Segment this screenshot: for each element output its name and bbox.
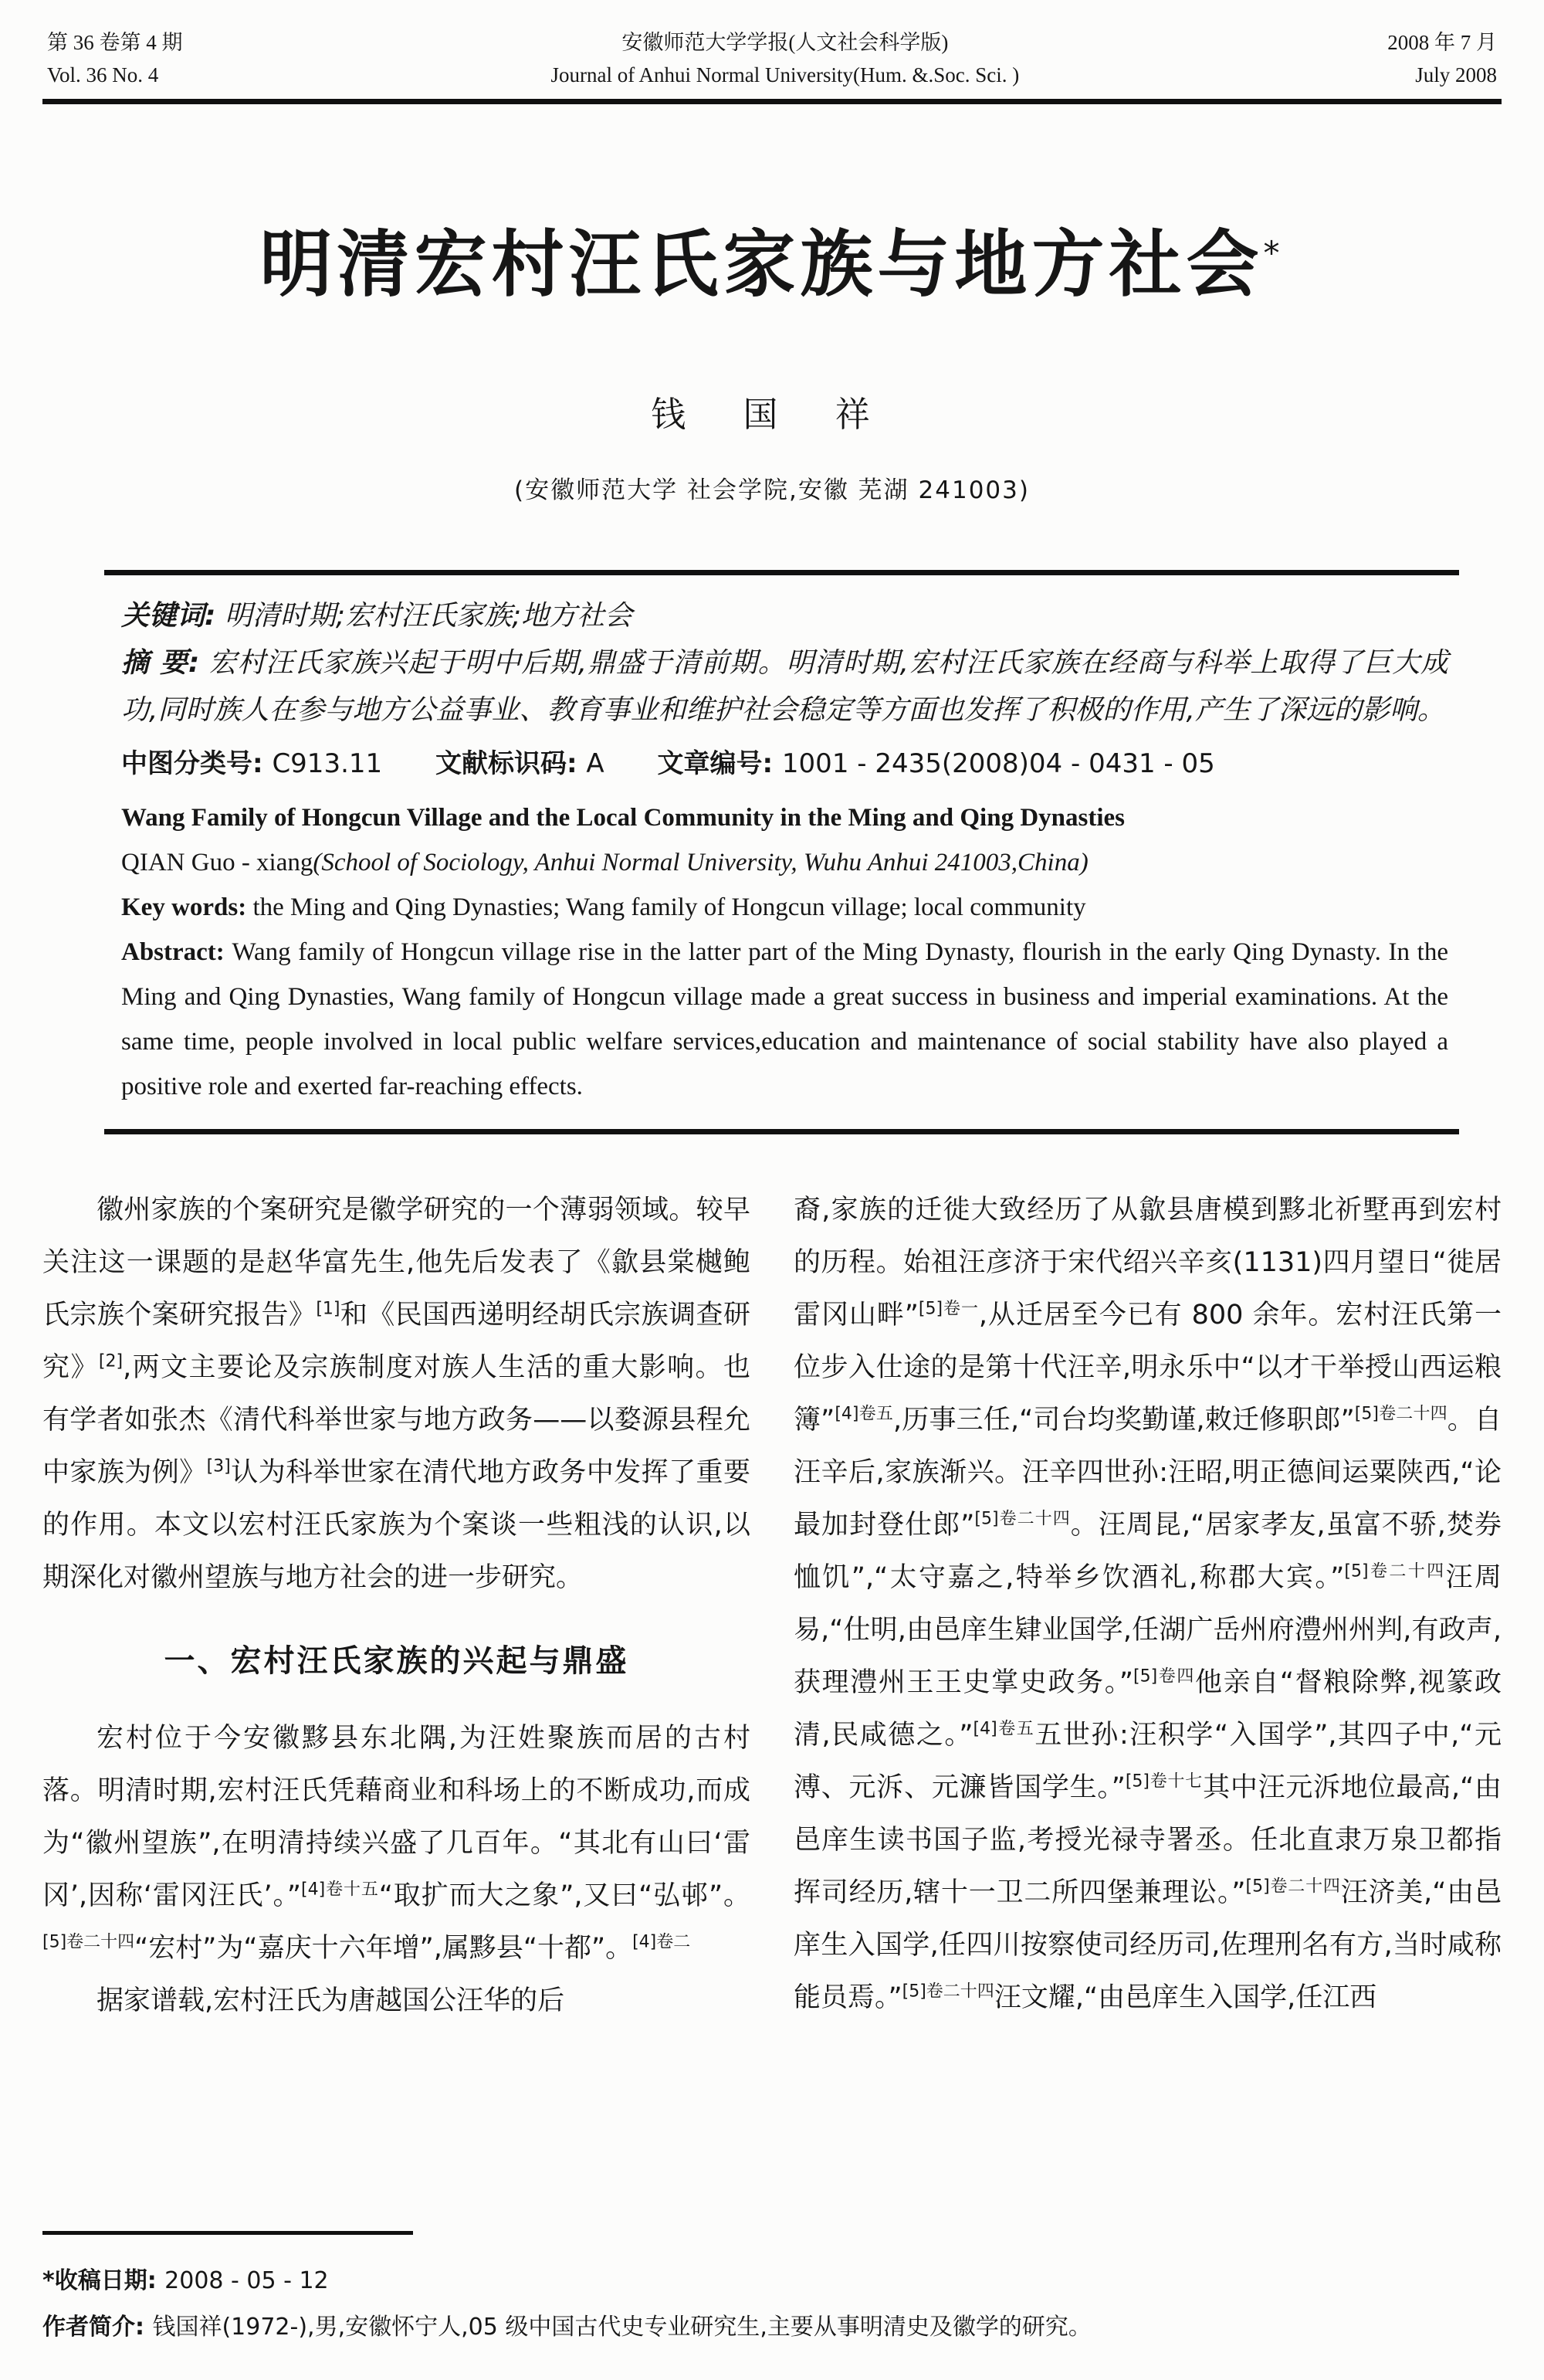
keywords-label: 关键词:	[121, 600, 215, 632]
left-column: 徽州家族的个案研究是徽学研究的一个薄弱领域。较早关注这一课题的是赵华富先生,他先…	[42, 1184, 750, 2027]
journal-date-info: 2008 年 7 月 July 2008	[1387, 26, 1497, 91]
body-paragraph: 据家谱载,宏村汪氏为唐越国公汪华的后	[42, 1975, 750, 2027]
abstract-top-rule	[104, 570, 1459, 575]
footnote-area: *收稿日期: 2008 - 05 - 12 作者简介: 钱国祥(1972-),男…	[42, 2231, 1502, 2351]
footnote-rule	[42, 2231, 413, 2235]
keywords-text: 明清时期;宏村汪氏家族;地方社会	[225, 600, 632, 632]
clc-label: 中图分类号:	[121, 748, 272, 779]
keywords-line: 关键词: 明清时期;宏村汪氏家族;地方社会	[121, 592, 1448, 639]
classification-line: 中图分类号: C913.11 文献标识码: A 文章编号: 1001 - 243…	[121, 741, 1448, 786]
abstract-inner: 关键词: 明清时期;宏村汪氏家族;地方社会 摘 要: 宏村汪氏家族兴起于明中后期…	[104, 575, 1459, 1129]
clc-value: C913.11	[272, 748, 382, 779]
article-id-label: 文章编号:	[657, 748, 781, 779]
article-id-value: 1001 - 2435(2008)04 - 0431 - 05	[782, 748, 1215, 779]
english-title: Wang Family of Hongcun Village and the L…	[121, 795, 1448, 840]
header-rule	[42, 99, 1502, 104]
english-author: QIAN Guo - xiang	[121, 849, 313, 876]
article-title-text: 明清宏村汪氏家族与地方社会	[259, 222, 1263, 307]
english-abstract-label: Abstract:	[121, 938, 232, 966]
article-id-group: 文章编号: 1001 - 2435(2008)04 - 0431 - 05	[657, 748, 1214, 779]
journal-article-page: 第 36 卷第 4 期 Vol. 36 No. 4 安徽师范大学学报(人文社会科…	[0, 0, 1544, 2380]
author-name: 钱 国 祥	[42, 386, 1502, 436]
author-bio-text: 钱国祥(1972-),男,安徽怀宁人,05 级中国古代史专业研究生,主要从事明清…	[152, 2314, 1091, 2341]
english-affiliation: (School of Sociology, Anhui Normal Unive…	[313, 849, 1088, 876]
doc-code-value: A	[586, 748, 604, 779]
body-paragraph: 徽州家族的个案研究是徽学研究的一个薄弱领域。较早关注这一课题的是赵华富先生,他先…	[42, 1184, 750, 1604]
doc-code-label: 文献标识码:	[435, 748, 586, 779]
body-paragraph: 宏村位于今安徽黟县东北隅,为汪姓聚族而居的古村落。明清时期,宏村汪氏凭藉商业和科…	[42, 1712, 750, 1975]
article-title: 明清宏村汪氏家族与地方社会*	[42, 211, 1502, 307]
clc-group: 中图分类号: C913.11	[121, 748, 382, 779]
received-date-line: *收稿日期: 2008 - 05 - 12	[42, 2258, 1502, 2304]
title-footnote-marker: *	[1264, 234, 1285, 272]
english-author-line: QIAN Guo - xiang(School of Sociology, An…	[121, 840, 1448, 885]
english-keywords-text: the Ming and Qing Dynasties; Wang family…	[252, 893, 1085, 921]
doc-code-group: 文献标识码: A	[435, 748, 604, 779]
author-bio-label: 作者简介:	[42, 2314, 152, 2341]
right-column: 裔,家族的迁徙大致经历了从歙县唐模到黟北祈墅再到宏村的历程。始祖汪彦济于宋代绍兴…	[794, 1184, 1502, 2027]
journal-name: 安徽师范大学学报(人文社会科学版) Journal of Anhui Norma…	[551, 26, 1020, 91]
journal-name-cn: 安徽师范大学学报(人文社会科学版)	[551, 26, 1020, 59]
author-affiliation: (安徽师范大学 社会学院,安徽 芜湖 241003)	[42, 470, 1502, 505]
date-en: July 2008	[1387, 59, 1497, 91]
date-cn: 2008 年 7 月	[1387, 26, 1497, 59]
author-bio-line: 作者简介: 钱国祥(1972-),男,安徽怀宁人,05 级中国古代史专业研究生,…	[42, 2304, 1502, 2351]
abstract-cn-text: 宏村汪氏家族兴起于明中后期,鼎盛于清前期。明清时期,宏村汪氏家族在经商与科举上取…	[121, 647, 1448, 726]
body-paragraph: 裔,家族的迁徙大致经历了从歙县唐模到黟北祈墅再到宏村的历程。始祖汪彦济于宋代绍兴…	[794, 1184, 1502, 2024]
article-body: 徽州家族的个案研究是徽学研究的一个薄弱领域。较早关注这一课题的是赵华富先生,他先…	[42, 1184, 1502, 2027]
journal-name-en: Journal of Anhui Normal University(Hum. …	[551, 59, 1020, 91]
abstract-bottom-rule	[104, 1129, 1459, 1134]
journal-header: 第 36 卷第 4 期 Vol. 36 No. 4 安徽师范大学学报(人文社会科…	[42, 23, 1502, 91]
received-date-label: *收稿日期:	[42, 2267, 164, 2294]
section-heading: 一、宏村汪氏家族的兴起与鼎盛	[42, 1635, 750, 1687]
abstract-cn: 摘 要: 宏村汪氏家族兴起于明中后期,鼎盛于清前期。明清时期,宏村汪氏家族在经商…	[121, 639, 1448, 734]
abstract-block: 关键词: 明清时期;宏村汪氏家族;地方社会 摘 要: 宏村汪氏家族兴起于明中后期…	[104, 570, 1459, 1134]
english-abstract-text: Wang family of Hongcun village rise in t…	[121, 938, 1448, 1100]
journal-issue-info: 第 36 卷第 4 期 Vol. 36 No. 4	[47, 26, 183, 91]
english-keywords-line: Key words: the Ming and Qing Dynasties; …	[121, 885, 1448, 930]
issue-cn: 第 36 卷第 4 期	[47, 26, 183, 59]
issue-en: Vol. 36 No. 4	[47, 59, 183, 91]
received-date-value: 2008 - 05 - 12	[164, 2267, 329, 2294]
english-block: Wang Family of Hongcun Village and the L…	[121, 795, 1448, 1109]
abstract-label: 摘 要:	[121, 647, 199, 679]
english-abstract: Abstract: Wang family of Hongcun village…	[121, 930, 1448, 1109]
english-keywords-label: Key words:	[121, 893, 252, 921]
